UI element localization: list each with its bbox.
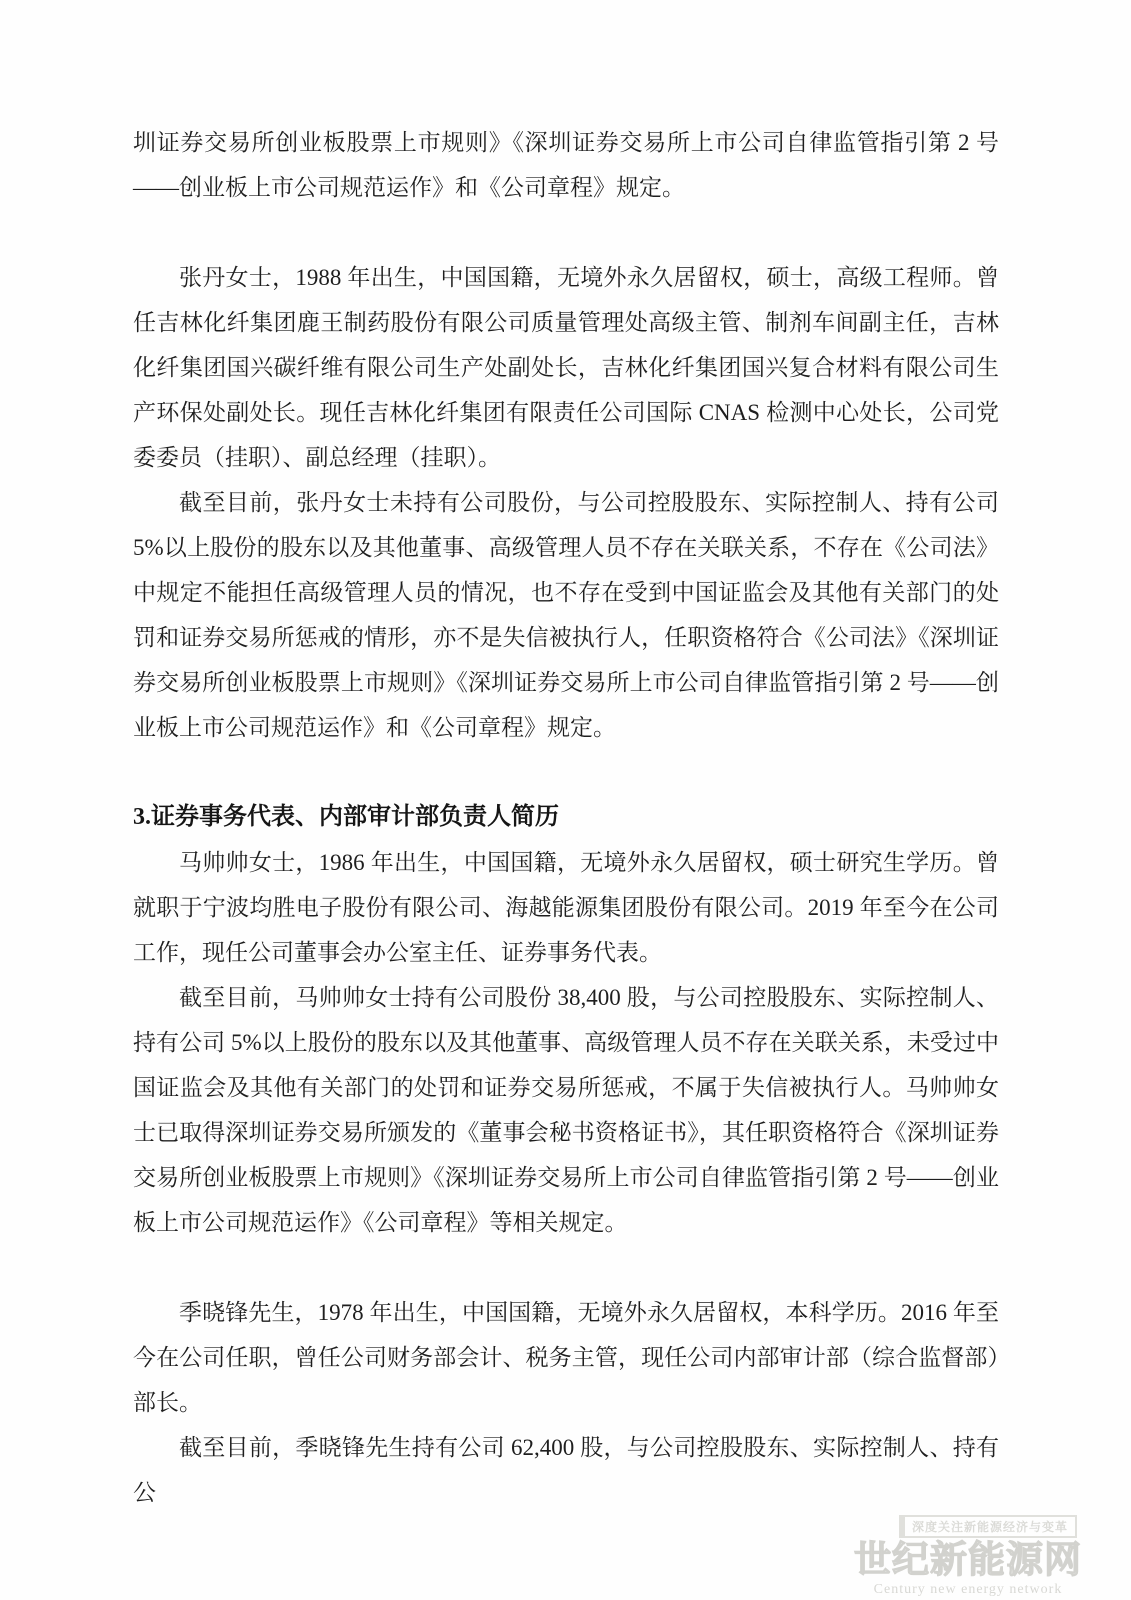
watermark-slogan: 深度关注新能源经济与变革 (899, 1515, 1077, 1538)
paragraph-mashuaishuai-holdings: 截至目前，马帅帅女士持有公司股份 38,400 股，与公司控股股东、实际控制人、… (133, 975, 999, 1245)
paragraph-mashuaishuai-bio: 马帅帅女士，1986 年出生，中国国籍，无境外永久居留权，硕士研究生学历。曾就职… (133, 840, 999, 975)
paragraph-zhangdan-holdings: 截至目前，张丹女士未持有公司股份，与公司控股股东、实际控制人、持有公司 5%以上… (133, 480, 999, 750)
watermark-subtitle: Century new energy network (813, 1582, 1123, 1598)
watermark-title: 世纪新能源网 (813, 1541, 1123, 1581)
watermark: 深度关注新能源经济与变革 世纪新能源网 Century new energy n… (813, 1515, 1123, 1598)
paragraph-zhangdan-bio: 张丹女士，1988 年出生，中国国籍，无境外永久居留权，硕士，高级工程师。曾任吉… (133, 255, 999, 480)
paragraph-jixiaofeng-holdings: 截至目前，季晓锋先生持有公司 62,400 股，与公司控股股东、实际控制人、持有… (133, 1425, 999, 1515)
section-heading-securities-affairs: 3.证券事务代表、内部审计部负责人简历 (133, 795, 999, 840)
document-body: 圳证券交易所创业板股票上市规则》《深圳证券交易所上市公司自律监管指引第 2 号—… (133, 120, 999, 1515)
paragraph-jixiaofeng-bio: 季晓锋先生，1978 年出生，中国国籍，无境外永久居留权，本科学历。2016 年… (133, 1290, 999, 1425)
document-page: 圳证券交易所创业板股票上市规则》《深圳证券交易所上市公司自律监管指引第 2 号—… (0, 0, 1131, 1600)
paragraph-listing-rules-continuation: 圳证券交易所创业板股票上市规则》《深圳证券交易所上市公司自律监管指引第 2 号—… (133, 120, 999, 210)
